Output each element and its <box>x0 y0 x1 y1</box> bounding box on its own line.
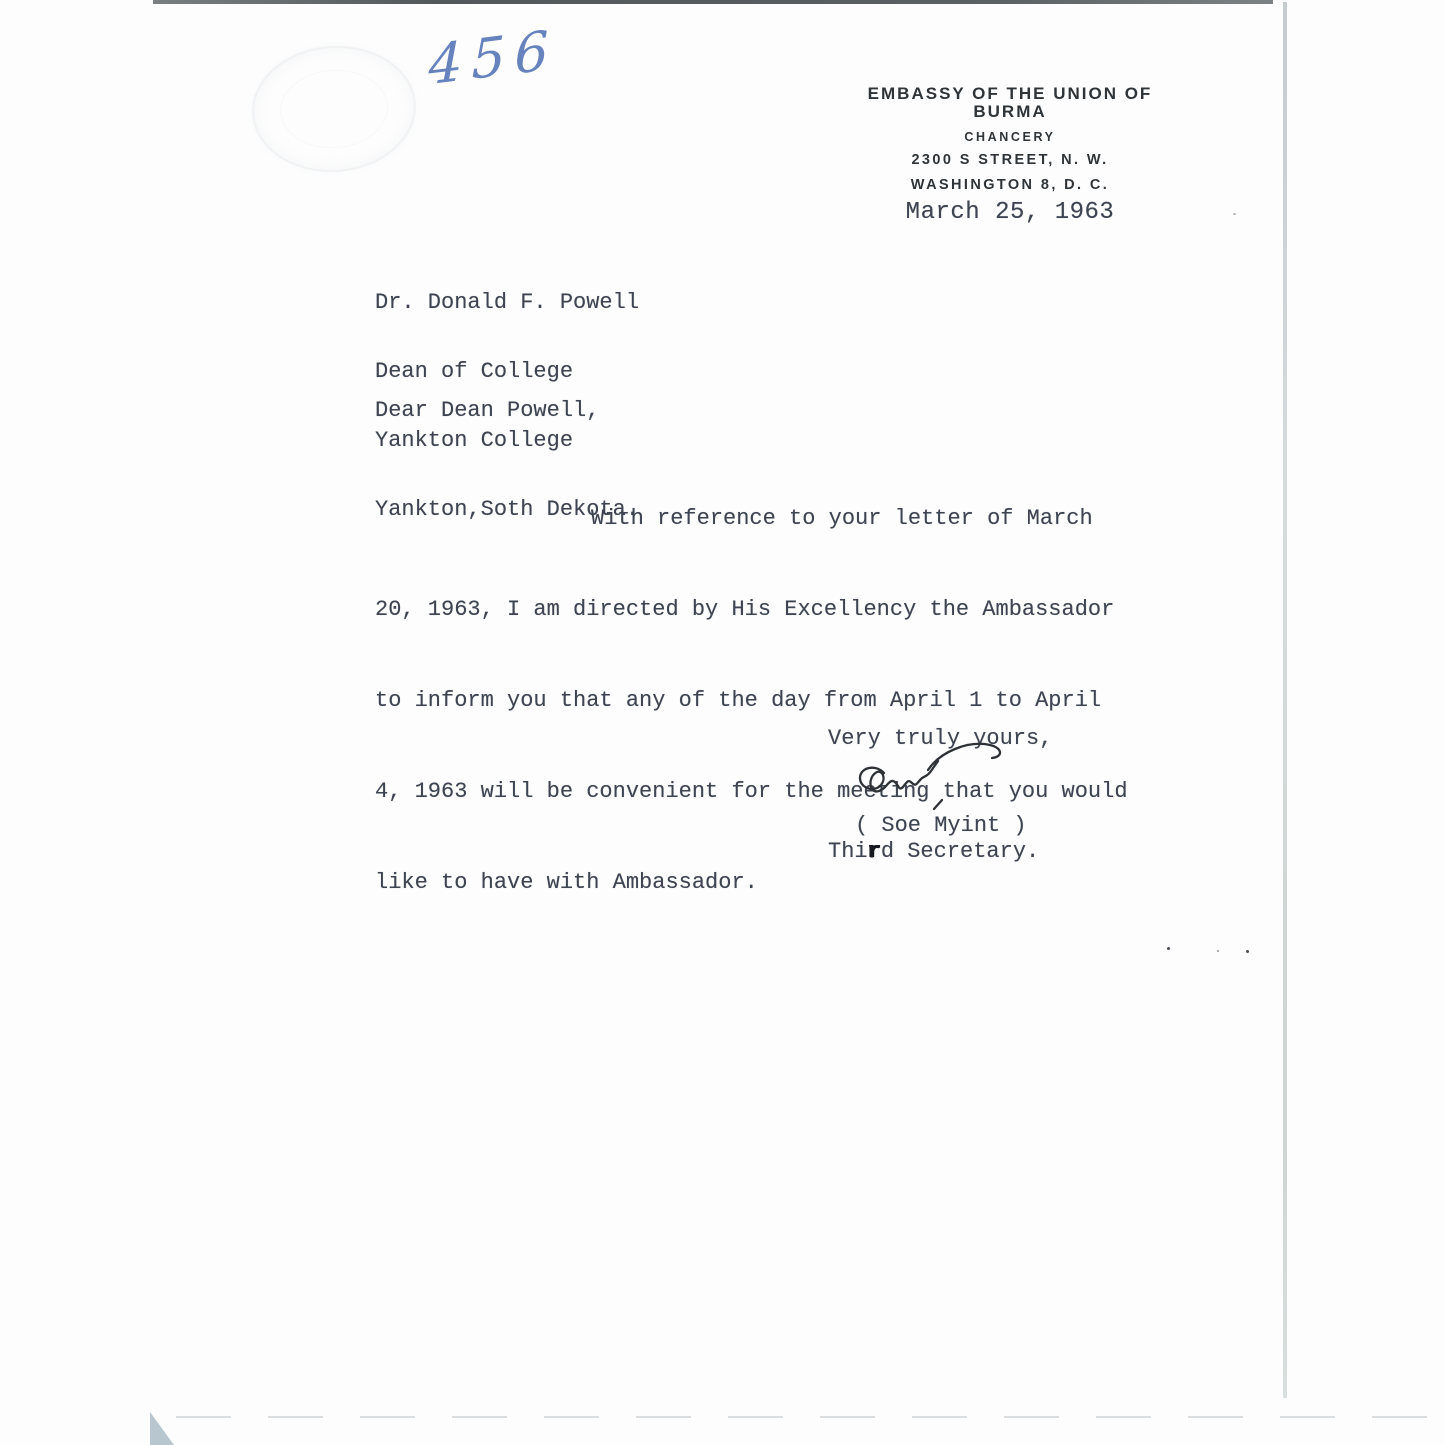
scanned-letter-page: 456 EMBASSY OF THE UNION OF BURMA CHANCE… <box>0 0 1445 1445</box>
embossed-seal-icon <box>248 40 420 177</box>
letterhead-address-line2: WASHINGTON 8, D. C. <box>836 178 1184 193</box>
page-right-edge <box>1283 2 1287 1398</box>
scan-speck <box>1246 950 1249 953</box>
page-bottom-edge <box>176 1416 1440 1418</box>
letterhead-department: CHANCERY <box>836 131 1184 144</box>
body-line: With reference to your letter of March <box>375 507 1175 530</box>
handwritten-page-number: 456 <box>428 18 557 97</box>
signatory-title-pre: Thi <box>828 839 868 864</box>
scan-speck <box>1217 950 1219 952</box>
letterhead-organization: EMBASSY OF THE UNION OF BURMA <box>836 85 1184 121</box>
scan-speck <box>1233 213 1236 215</box>
body-line: like to have with Ambassador. <box>375 871 1175 894</box>
body-line: 4, 1963 will be convenient for the meeti… <box>375 780 1175 803</box>
signatory-title-post: d Secretary. <box>881 839 1039 864</box>
recipient-line: Yankton College <box>375 429 639 452</box>
signatory-title-overstrike: r <box>868 839 881 864</box>
page-corner-fold <box>150 1412 174 1445</box>
signatory-title: Third Secretary. <box>828 840 1039 863</box>
letterhead: EMBASSY OF THE UNION OF BURMA CHANCERY 2… <box>836 85 1184 226</box>
letterhead-address-line1: 2300 S STREET, N. W. <box>836 153 1184 168</box>
letter-date: March 25, 1963 <box>836 199 1184 226</box>
scan-speck <box>1167 947 1170 950</box>
body-line: to inform you that any of the day from A… <box>375 689 1175 712</box>
letter-body: With reference to your letter of March 2… <box>375 461 1175 962</box>
recipient-line: Dean of College <box>375 360 639 383</box>
body-line: 20, 1963, I am directed by His Excellenc… <box>375 598 1175 621</box>
salutation: Dear Dean Powell, <box>375 399 599 422</box>
signatory-name: ( Soe Myint ) <box>855 814 1027 837</box>
signature-ink <box>850 740 1018 820</box>
page-top-edge <box>153 0 1273 4</box>
recipient-line: Dr. Donald F. Powell <box>375 291 639 314</box>
